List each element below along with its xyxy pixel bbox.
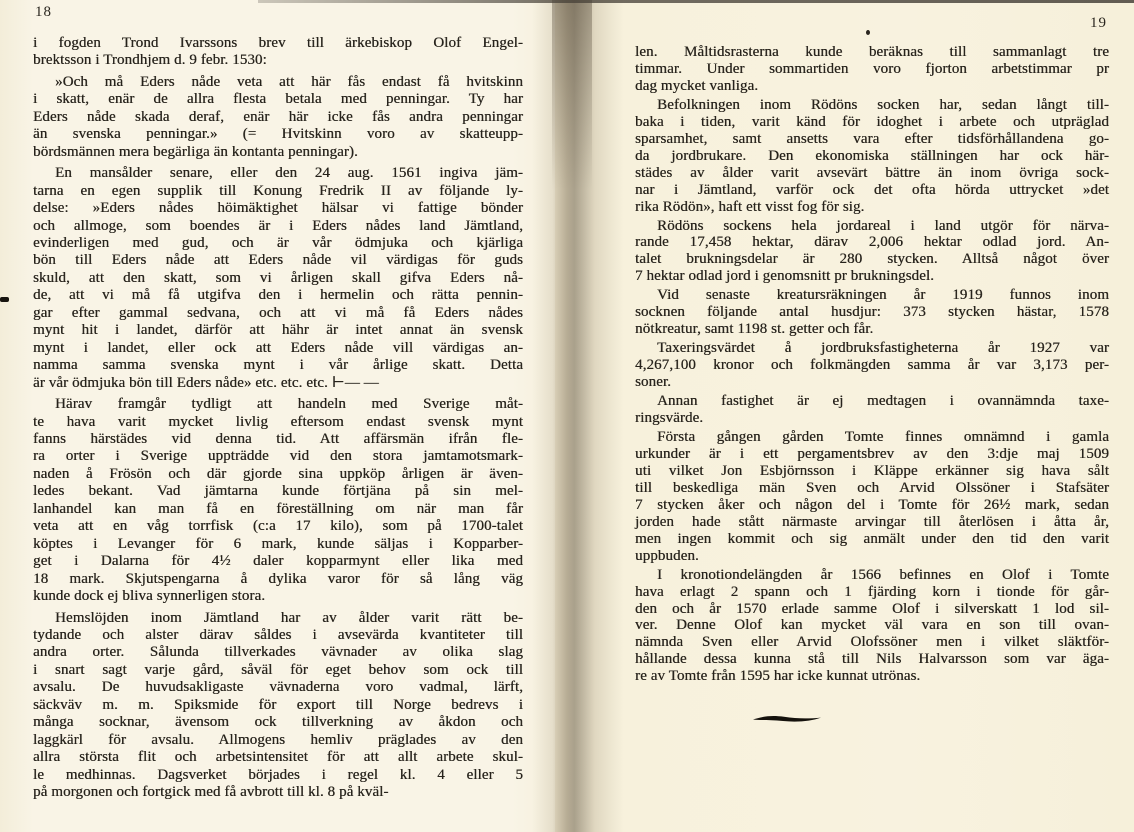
text-line: än svenska penningar.» (= Hvitskinn voro… xyxy=(33,126,523,143)
text-line: Rödöns sockens hela jordareal i land utg… xyxy=(635,218,1109,235)
text-line: tarna en egen supplik till Konung Fredri… xyxy=(33,183,523,200)
text-line: urkunder är i ett pergamentsbrev av den … xyxy=(635,446,1109,463)
page-right: 19 len. Måltidsrasterna kunde beräknas t… xyxy=(555,0,1134,832)
text-line: i snart sagt varje gård, såväl för eget … xyxy=(33,662,523,679)
text-line: ra orter i Sverige uppträdde vid den sto… xyxy=(33,448,523,465)
text-line: på morgonen och fortgick med få avbrott … xyxy=(33,784,523,801)
text-line: Taxeringsvärdet å jordbruksfastigheterna… xyxy=(635,340,1109,357)
page-right-text-block: len. Måltidsrasterna kunde beräknas till… xyxy=(635,44,1109,687)
text-line: skuld, att den skatt, som vi årligen ska… xyxy=(33,270,523,287)
paragraph: Rödöns sockens hela jordareal i land utg… xyxy=(635,218,1109,286)
text-line: i skatt, enär de allra flesta betala med… xyxy=(33,91,523,108)
text-line: hava erlagt 2 spann och 1 fjärding korn … xyxy=(635,584,1109,601)
text-line: i fogden Trond Ivarssons brev till ärkeb… xyxy=(33,35,523,52)
text-line: get i Dalarna för 4½ daler kopparmynt el… xyxy=(33,553,523,570)
text-line: baka i tiden, varit känd för idoghet i a… xyxy=(635,114,1109,131)
text-line: hållande dessa kunna stå till Nils Halva… xyxy=(635,651,1109,668)
text-line: evinderligen med gud, och är vår ödmjuka… xyxy=(33,235,523,252)
text-line: Första gången gården Tomte finnes omnämn… xyxy=(635,429,1109,446)
text-line: timmar. Under sommartiden voro fjorton a… xyxy=(635,61,1109,78)
text-line: men ingen kommit och sig anmält under de… xyxy=(635,531,1109,548)
text-line: Härav framgår tydligt att handeln med Sv… xyxy=(33,396,523,413)
text-line: Eders nåde skada deraf, enär här icke få… xyxy=(33,109,523,126)
text-line: uti vilket Jon Esbjörnsson i Kläppe erkä… xyxy=(635,463,1109,480)
text-line: sparsamhet, samt ansetts vara efter tids… xyxy=(635,131,1109,148)
text-line: talet brukningsdelar är 280 stycken. All… xyxy=(635,251,1109,268)
text-line: bön till Eders nåde att Eders nåde vil v… xyxy=(33,252,523,269)
text-line: nar i Jämtland, varför ock det ofta hörd… xyxy=(635,182,1109,199)
text-line: nötkreatur, samt 1198 st. getter och får… xyxy=(635,321,1109,338)
text-line: lanhandel kan man få en föreställning om… xyxy=(33,501,523,518)
paragraph: Hemslöjden inom Jämtland har av ålder va… xyxy=(33,610,523,802)
text-line: le medhinnas. Dagsverket börjades i rege… xyxy=(33,767,523,784)
text-line: 4,267,100 kronor och folkmängden samma å… xyxy=(635,357,1109,374)
text-line: rande 17,458 hektar, därav 2,006 hektar … xyxy=(635,234,1109,251)
text-line: andra orter. Sålunda tillverkades vävnad… xyxy=(33,644,523,661)
text-line: »Och må Eders nåde veta att här fås enda… xyxy=(33,74,523,91)
scan-edge-top-line xyxy=(258,0,1134,3)
text-line: de, att vi må få utgifva den i hermelin … xyxy=(33,287,523,304)
text-line: da jordbrukare. Den ekonomiska ställning… xyxy=(635,148,1109,165)
paragraph: len. Måltidsrasterna kunde beräknas till… xyxy=(635,44,1109,95)
book-spread: 18 i fogden Trond Ivarssons brev till är… xyxy=(0,0,1134,832)
section-divider xyxy=(751,712,823,726)
text-line: till beskedliga män Sven och Arvid Olssö… xyxy=(635,480,1109,497)
text-line: köptes i Levanger för 6 mark, kunde sälj… xyxy=(33,536,523,553)
paragraph: En mansålder senare, eller den 24 aug. 1… xyxy=(33,165,523,392)
paragraph: Härav framgår tydligt att handeln med Sv… xyxy=(33,396,523,605)
text-line: nämnda Sven eller Arvid Olofssöner men i… xyxy=(635,634,1109,651)
text-line: En mansålder senare, eller den 24 aug. 1… xyxy=(33,165,523,182)
text-line: delse: »Eders nådes höimäktighet hälsar … xyxy=(33,200,523,217)
text-line: socknen följande antal husdjur: 373 styc… xyxy=(635,304,1109,321)
page-number-right: 19 xyxy=(1090,15,1107,32)
text-line: bördsmännen mera begärliga än kontanta p… xyxy=(33,144,523,161)
text-line: säckväv m. m. Spiksmide för export till … xyxy=(33,697,523,714)
text-line: mynt i landet, eller ock att Eders nåde … xyxy=(33,340,523,357)
text-line: namma samma svenska mynt i vår årlige sk… xyxy=(33,357,523,374)
paragraph: »Och må Eders nåde veta att här fås enda… xyxy=(33,74,523,161)
text-line: Befolkningen inom Rödöns socken har, sed… xyxy=(635,97,1109,114)
text-line: te hava varit mycket livlig eftersom end… xyxy=(33,414,523,431)
paragraph: i fogden Trond Ivarssons brev till ärkeb… xyxy=(33,35,523,70)
text-line: Hemslöjden inom Jämtland har av ålder va… xyxy=(33,610,523,627)
text-line: den och år 1570 erlade samme Olof i silv… xyxy=(635,601,1109,618)
text-line: gar efter gammal sedvana, och att vi må … xyxy=(33,305,523,322)
paragraph: Taxeringsvärdet å jordbruksfastigheterna… xyxy=(635,340,1109,391)
paragraph: Första gången gården Tomte finnes omnämn… xyxy=(635,429,1109,565)
text-line: Annan fastighet är ej medtagen i ovannäm… xyxy=(635,393,1109,410)
text-line: I kronotiondelängden år 1566 befinnes en… xyxy=(635,567,1109,584)
text-line: Vid senaste kreatursräkningen år 1919 fu… xyxy=(635,287,1109,304)
text-line: 7 hektar odlad jord i genomsnitt pr bruk… xyxy=(635,268,1109,285)
text-line: många socknar, ävensom ock tillverkning … xyxy=(33,714,523,731)
text-line: städes av ålder varit avsevärt bättre än… xyxy=(635,165,1109,182)
text-line: re av Tomte från 1595 har icke kunnat ut… xyxy=(635,668,1109,685)
text-line: len. Måltidsrasterna kunde beräknas till… xyxy=(635,44,1109,61)
text-line: ver. Denne Olof kan mycket väl vara en s… xyxy=(635,617,1109,634)
text-line: tydande och alster därav såldes i avsevä… xyxy=(33,627,523,644)
text-line: 7 stycken åker och någon del i Tomte för… xyxy=(635,497,1109,514)
text-line: och allmoge, som boendes är i Eders nåde… xyxy=(33,218,523,235)
text-line: fanns härstädes vid denna tid. Att affär… xyxy=(33,431,523,448)
text-line: naden å Frösön och där gjorde sina uppkö… xyxy=(33,466,523,483)
text-line: 18 mark. Skjutspengarna å dylika varor f… xyxy=(33,571,523,588)
text-line: kunde dock ej bliva synnerligen stora. xyxy=(33,588,523,605)
text-line: uppbuden. xyxy=(635,548,1109,565)
page-number-left: 18 xyxy=(35,4,52,21)
text-line: dag mycket vanliga. xyxy=(635,78,1109,95)
text-line: ringsvärde. xyxy=(635,410,1109,427)
text-line: ledes bekant. Vad jämtarna kunde förtjän… xyxy=(33,483,523,500)
text-line: rika Rödön», haft ett visst fog för sig. xyxy=(635,199,1109,216)
text-line: laggkärl för avsalu. Allmogens hemliv pr… xyxy=(33,732,523,749)
text-line: brektsson i Trondhjem d. 9 febr. 1530: xyxy=(33,52,523,69)
paragraph: Befolkningen inom Rödöns socken har, sed… xyxy=(635,97,1109,216)
paragraph: Annan fastighet är ej medtagen i ovannäm… xyxy=(635,393,1109,427)
paragraph: Vid senaste kreatursräkningen år 1919 fu… xyxy=(635,287,1109,338)
text-line: avsalu. De huvudsakligaste vävnaderna vo… xyxy=(33,679,523,696)
page-left: 18 i fogden Trond Ivarssons brev till är… xyxy=(0,0,555,832)
paragraph: I kronotiondelängden år 1566 befinnes en… xyxy=(635,567,1109,686)
text-line: jorden hade stått närmaste arvingar till… xyxy=(635,514,1109,531)
text-line: soner. xyxy=(635,374,1109,391)
ink-mark-artifact xyxy=(0,297,9,302)
text-line: veta att en våg torrfisk (c:a 17 kilo), … xyxy=(33,518,523,535)
page-left-text-block: i fogden Trond Ivarssons brev till ärkeb… xyxy=(33,35,523,805)
text-line: allra största flit och arbetsintensitet … xyxy=(33,749,523,766)
text-line: mynt hit i landet, därför att hähr är in… xyxy=(33,322,523,339)
text-line: är vår ödmjuka bön till Eders nåde» etc.… xyxy=(33,375,523,392)
ink-speck-artifact xyxy=(866,30,870,35)
